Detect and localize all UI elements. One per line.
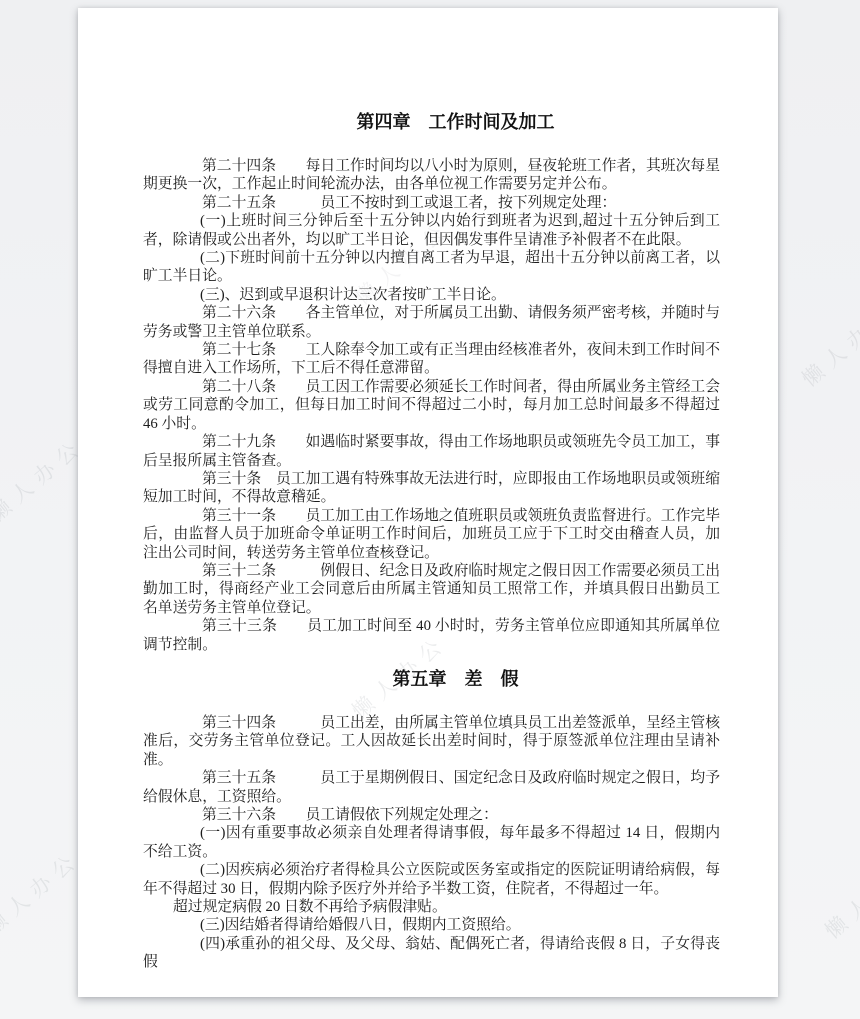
paragraph-clause: 第二十四条 每日工作时间均以八小时为原则，昼夜轮班工作者，其班次每星期更换一次，… [143,157,720,194]
paragraph-clause: 第三十六条 员工请假依下列规定处理之： [143,806,720,824]
watermark-text: 懒人办公 [818,847,860,945]
paragraph-clause: 第三十二条 例假日、纪念日及政府临时规定之假日因工作需要必须员工出勤加工时，得商… [143,562,720,617]
watermark-text: 懒人办公 [0,843,86,941]
paragraph-clause: 第二十五条 员工不按时到工或退工者，按下列规定处理： [143,194,720,212]
paragraph-clause: 第二十六条 各主管单位，对于所属员工出勤、请假务须严密考核，并随时与劳务或警卫主… [143,304,720,341]
paragraph-clause: 第三十三条 员工加工时间至 40 小时时，劳务主管单位应即通知其所属单位调节控制… [143,617,720,654]
chapter-4-body: 第二十四条 每日工作时间均以八小时为原则，昼夜轮班工作者，其班次每星期更换一次，… [143,157,720,654]
chapter-5-title: 第五章 差 假 [143,668,720,690]
paragraph-item: (一)上班时间三分钟后至十五分钟以内始行到班者为迟到,超过十五分钟后到工者，除请… [143,212,720,249]
watermark-text: 懒人办公 [795,295,860,393]
paragraph-item: (三)因结婚者得请给婚假八日，假期内工资照给。 [143,916,720,934]
paragraph-item: (二)下班时间前十五分钟以内擅自离工者为早退，超出十五分钟以前离工者，以旷工半日… [143,249,720,286]
screenshot-canvas: 第四章 工作时间及加工 第二十四条 每日工作时间均以八小时为原则，昼夜轮班工作者… [0,0,860,1019]
chapter-4-title: 第四章 工作时间及加工 [143,111,720,133]
paragraph-clause: 第三十条 员工加工遇有特殊事故无法进行时，应即报由工作场地职员或领班缩短加工时间… [143,470,720,507]
chapter-4-section: 第四章 工作时间及加工 第二十四条 每日工作时间均以八小时为原则，昼夜轮班工作者… [143,111,720,654]
watermark-text: 懒人办公 [0,430,90,528]
document-page: 第四章 工作时间及加工 第二十四条 每日工作时间均以八小时为原则，昼夜轮班工作者… [78,8,778,997]
paragraph-item: (二)因疾病必须治疗者得检具公立医院或医务室或指定的医院证明请给病假，每年不得超… [143,861,720,898]
page-content: 第四章 工作时间及加工 第二十四条 每日工作时间均以八小时为原则，昼夜轮班工作者… [78,8,778,997]
paragraph-clause: 第二十九条 如遇临时紧要事故，得由工作场地职员或领班先令员工加工，事后呈报所属主… [143,433,720,470]
paragraph-clause: 第二十八条 员工因工作需要必须延长工作时间者，得由所属业务主管经工会或劳工同意酌… [143,378,720,433]
paragraph-clause: 第三十一条 员工加工由工作场地之值班职员或领班负责监督进行。工作完毕后，由监督人… [143,507,720,562]
paragraph-item: (一)因有重要事故必须亲自处理者得请事假，每年最多不得超过 14 日，假期内不给… [143,824,720,861]
paragraph-item: (四)承重孙的祖父母、及父母、翁姑、配偶死亡者，得请给丧假 8 日，子女得丧假 [143,935,720,972]
paragraph-clause: 第二十七条 工人除奉令加工或有正当理由经核准者外，夜间未到工作时间不得擅自进入工… [143,341,720,378]
paragraph-note: 超过规定病假 20 日数不再给予病假津贴。 [143,898,720,916]
paragraph-clause: 第三十五条 员工于星期例假日、国定纪念日及政府临时规定之假日，均予给假休息，工资… [143,769,720,806]
chapter-5-body: 第三十四条 员工出差，由所属主管单位填具员工出差签派单，呈经主管核准后，交劳务主… [143,714,720,972]
chapter-5-section: 第五章 差 假 第三十四条 员工出差，由所属主管单位填具员工出差签派单，呈经主管… [143,668,720,972]
paragraph-clause: 第三十四条 员工出差，由所属主管单位填具员工出差签派单，呈经主管核准后，交劳务主… [143,714,720,769]
paragraph-item: (三)、迟到或早退积计达三次者按旷工半日论。 [143,286,720,304]
